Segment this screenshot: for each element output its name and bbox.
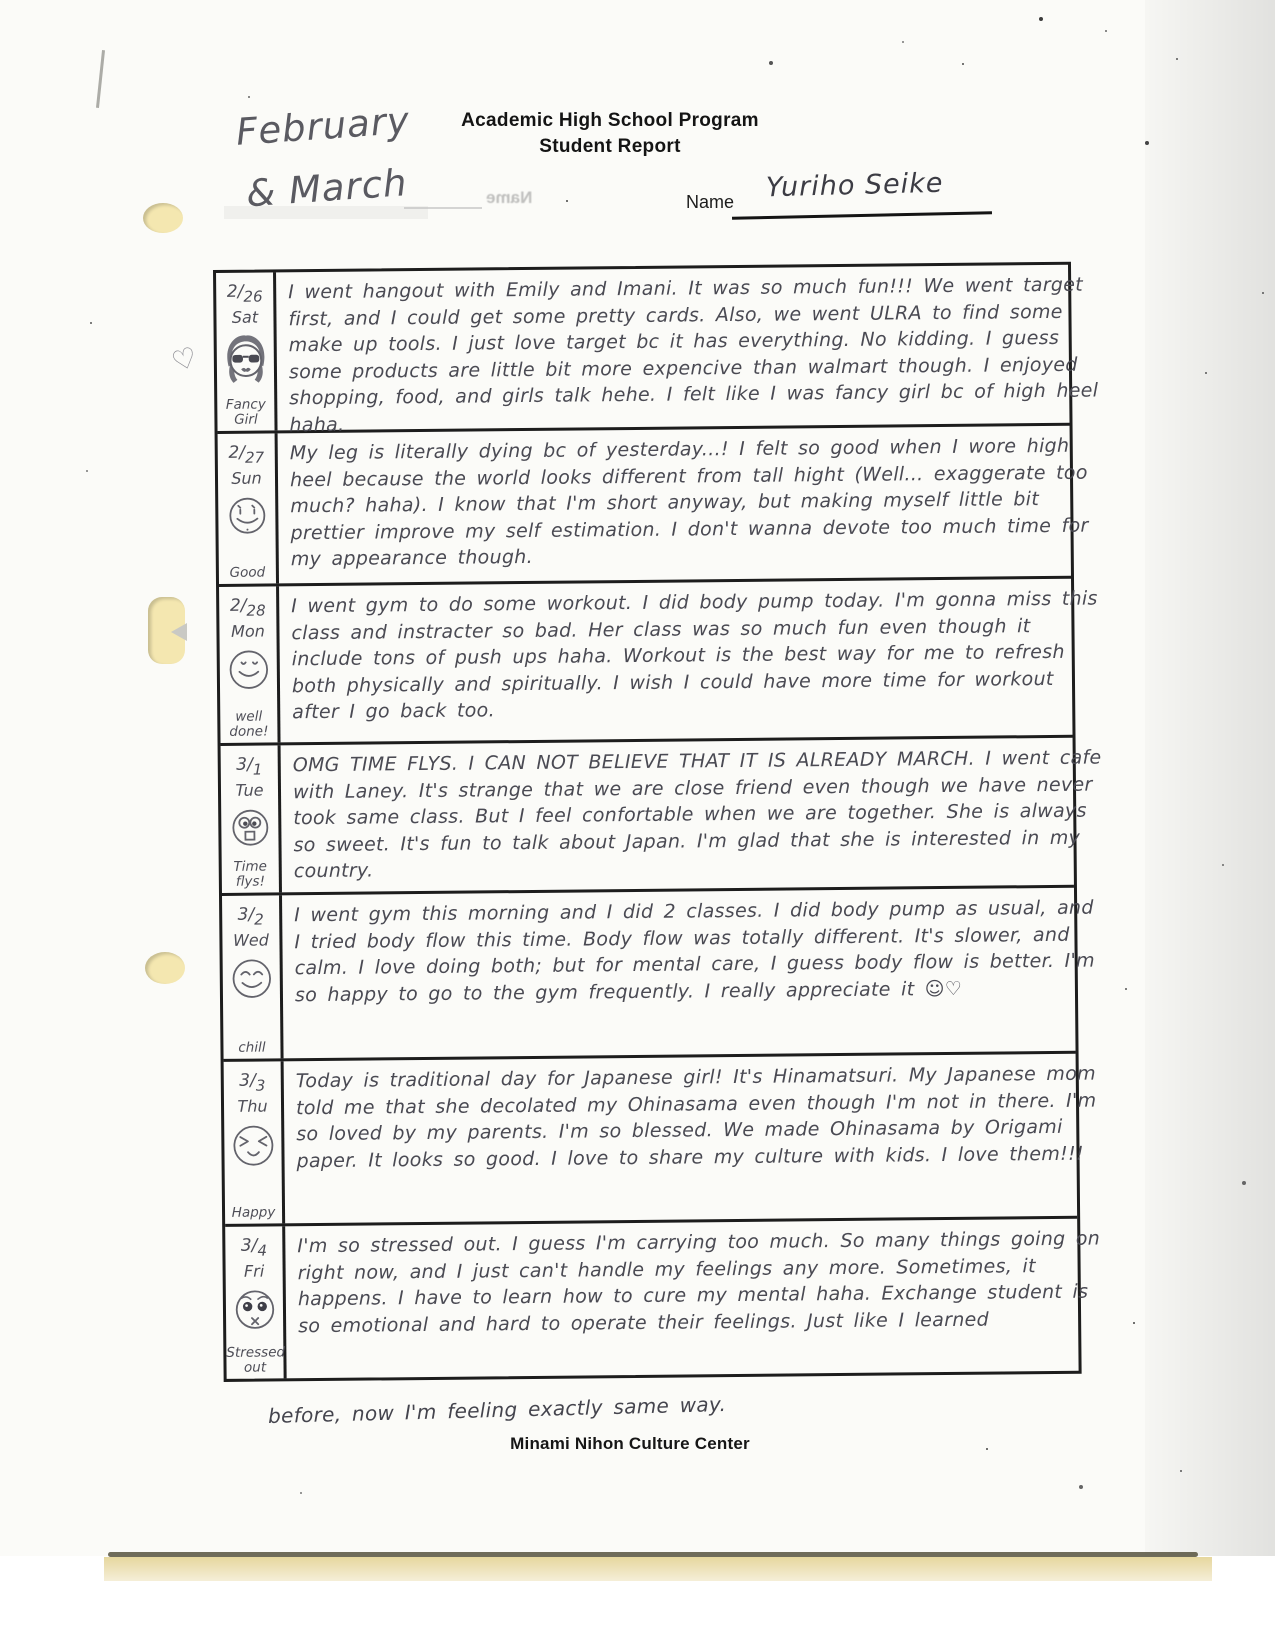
title-line2: Student Report	[330, 134, 890, 160]
scan-right-edge	[1145, 0, 1275, 1556]
table-row: 3/1 Tue Time flys! OMG TIME FLYS. I CAN …	[221, 738, 1074, 896]
bleed-through-name-label: Name	[486, 188, 532, 208]
entry-date-cell: 3/1 Tue Time flys!	[221, 745, 282, 893]
diary-table: 2/26 Sat Fancy Girl I went hangout with …	[213, 262, 1082, 1382]
table-row: 2/28 Mon well done! I went gym to do som…	[219, 579, 1072, 746]
entry-text-cell: I'm so stressed out. I guess I'm carryin…	[285, 1219, 1078, 1379]
diary-text: I went hangout with Emily and Imani. It …	[288, 272, 1099, 439]
diary-text: I'm so stressed out. I guess I'm carryin…	[297, 1225, 1108, 1339]
diary-text: OMG TIME FLYS. I CAN NOT BELIEVE THAT IT…	[293, 744, 1104, 884]
table-row: 2/27 Sun Good My leg is literally dying …	[218, 426, 1071, 587]
entry-text-cell: I went gym to do some workout. I did bod…	[279, 579, 1072, 743]
entry-date-cell: 3/2 Wed chill	[222, 895, 284, 1059]
diary-text: I went gym this morning and I did 2 clas…	[294, 894, 1105, 1008]
punch-hole-top	[143, 203, 183, 233]
punch-hole-bottom	[145, 952, 185, 984]
entry-date-cell: 3/4 Fri Stressed out	[225, 1226, 286, 1379]
mood-label: Good	[219, 565, 276, 581]
entry-weekday: Sat	[216, 307, 273, 327]
name-label: Name	[686, 192, 734, 213]
entry-date: 2/28	[219, 596, 276, 615]
paper-bottom-shadow	[104, 1557, 1212, 1581]
footer-organization: Minami Nihon Culture Center	[350, 1434, 910, 1454]
mood-label: Stressed out	[226, 1345, 283, 1376]
handwritten-name: Yuriho Seike	[766, 168, 944, 204]
smiley-face-icon	[224, 492, 270, 538]
mood-label: Happy	[225, 1205, 282, 1221]
entry-text-cell: OMG TIME FLYS. I CAN NOT BELIEVE THAT IT…	[281, 738, 1074, 893]
table-row: 3/3 Thu Happy Today is traditional day f…	[224, 1054, 1078, 1227]
entry-date: 3/4	[225, 1236, 282, 1255]
stressed-face-icon	[230, 1285, 278, 1333]
table-row: 3/4 Fri Stressed out I'm so stressed out…	[225, 1219, 1078, 1379]
diary-text: Today is traditional day for Japanese gi…	[296, 1060, 1107, 1174]
diary-text: I went gym to do some workout. I did bod…	[291, 585, 1102, 725]
mood-label: Time flys!	[222, 859, 279, 890]
entry-text-cell: My leg is literally dying bc of yesterda…	[278, 426, 1071, 584]
entry-date-cell: 2/26 Sat Fancy Girl	[216, 272, 278, 431]
mood-label: well done!	[220, 709, 277, 740]
entry-text-cell: Today is traditional day for Japanese gi…	[284, 1054, 1078, 1224]
laughing-face-icon	[228, 1120, 278, 1170]
scanned-student-report-page: February & March Academic High School Pr…	[0, 0, 1275, 1650]
entry-weekday: Sun	[218, 468, 275, 488]
sunglasses-girl-face-icon	[220, 331, 271, 385]
entry-date-cell: 2/27 Sun Good	[218, 433, 279, 584]
entry-weekday: Wed	[222, 930, 279, 950]
entry-weekday: Thu	[224, 1096, 281, 1116]
smiley-face-icon	[224, 645, 272, 693]
scan-speckles	[0, 0, 2, 2]
entry-weekday: Tue	[221, 780, 278, 800]
entry-weekday: Fri	[226, 1261, 283, 1281]
entry-date-cell: 3/3 Thu Happy	[224, 1061, 286, 1224]
eraser-smudge	[224, 206, 428, 219]
entry-text-cell: I went hangout with Emily and Imani. It …	[276, 265, 1069, 431]
table-row: 3/2 Wed chill I went gym this morning an…	[222, 888, 1076, 1062]
entry-date: 2/27	[218, 443, 275, 462]
entry-date-cell: 2/28 Mon well done!	[219, 586, 280, 743]
entry-date: 3/1	[221, 755, 278, 774]
entry-text-cell: I went gym this morning and I did 2 clas…	[282, 888, 1076, 1059]
entry-date: 2/26	[216, 282, 273, 301]
entry-weekday: Mon	[219, 621, 276, 641]
punch-hole-middle	[148, 597, 185, 664]
form-title: Academic High School Program Student Rep…	[330, 108, 890, 160]
mood-label: Fancy Girl	[217, 397, 274, 428]
entry-date: 3/3	[224, 1071, 281, 1090]
title-line1: Academic High School Program	[330, 108, 890, 134]
table-row: 2/26 Sat Fancy Girl I went hangout with …	[216, 265, 1070, 434]
bleed-through-line	[404, 207, 482, 209]
content-smiley-face-icon	[227, 954, 275, 1002]
mood-label: chill	[223, 1040, 280, 1056]
diary-text: My leg is literally dying bc of yesterda…	[290, 432, 1101, 572]
surprised-face-icon	[227, 804, 273, 850]
entry-date: 3/2	[222, 905, 279, 924]
